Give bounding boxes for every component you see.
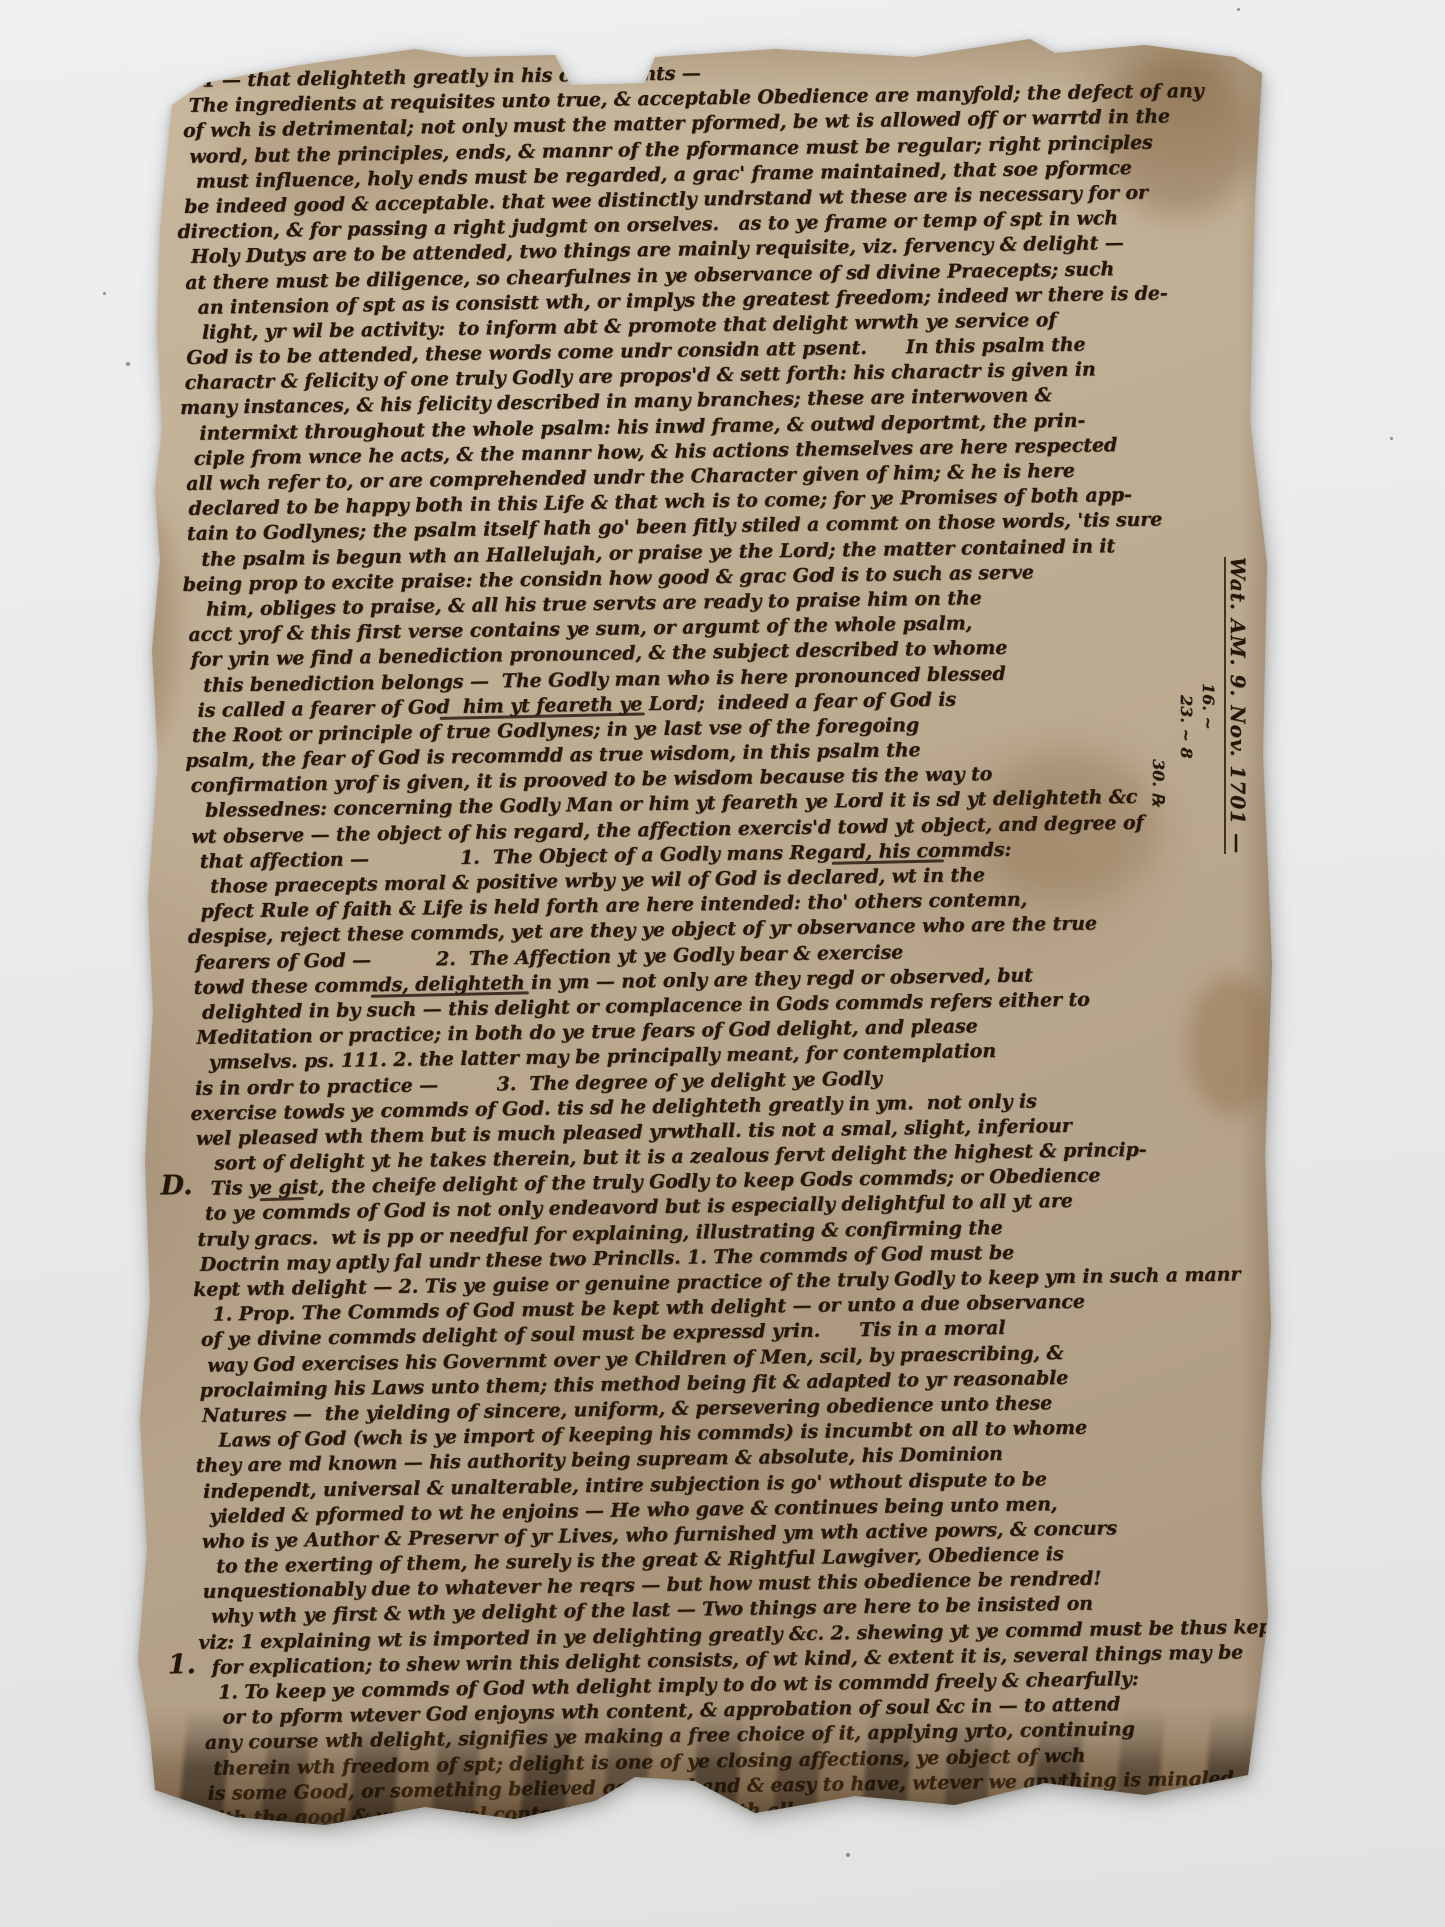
margin-mark: 1. — [167, 1649, 196, 1680]
dust-speck — [1237, 8, 1240, 11]
dust-speck — [126, 362, 130, 366]
margin-number-note: 30. ℞ — [1149, 759, 1168, 807]
margin-mark: D. — [160, 1170, 192, 1201]
manuscript-page: v. 1 — that delighteth greatly in his co… — [100, 35, 1280, 1835]
dust-speck — [846, 1853, 850, 1857]
margin-date-note: Wat. AM. 9. Nov. 1701 — — [1224, 557, 1250, 854]
paper-stain — [106, 505, 176, 745]
dust-speck — [1390, 437, 1393, 440]
scorched-bottom-edge — [100, 1707, 1280, 1835]
dust-speck — [103, 292, 106, 295]
manuscript-lines: v. 1 — that delighteth greatly in his co… — [180, 53, 1286, 1839]
margin-number-note: 16. ~ — [1199, 683, 1218, 730]
photo-background: v. 1 — that delighteth greatly in his co… — [0, 0, 1445, 1927]
margin-number-note: 23. ~ 8 — [1177, 695, 1196, 759]
manuscript-page-wrap: v. 1 — that delighteth greatly in his co… — [100, 35, 1280, 1835]
